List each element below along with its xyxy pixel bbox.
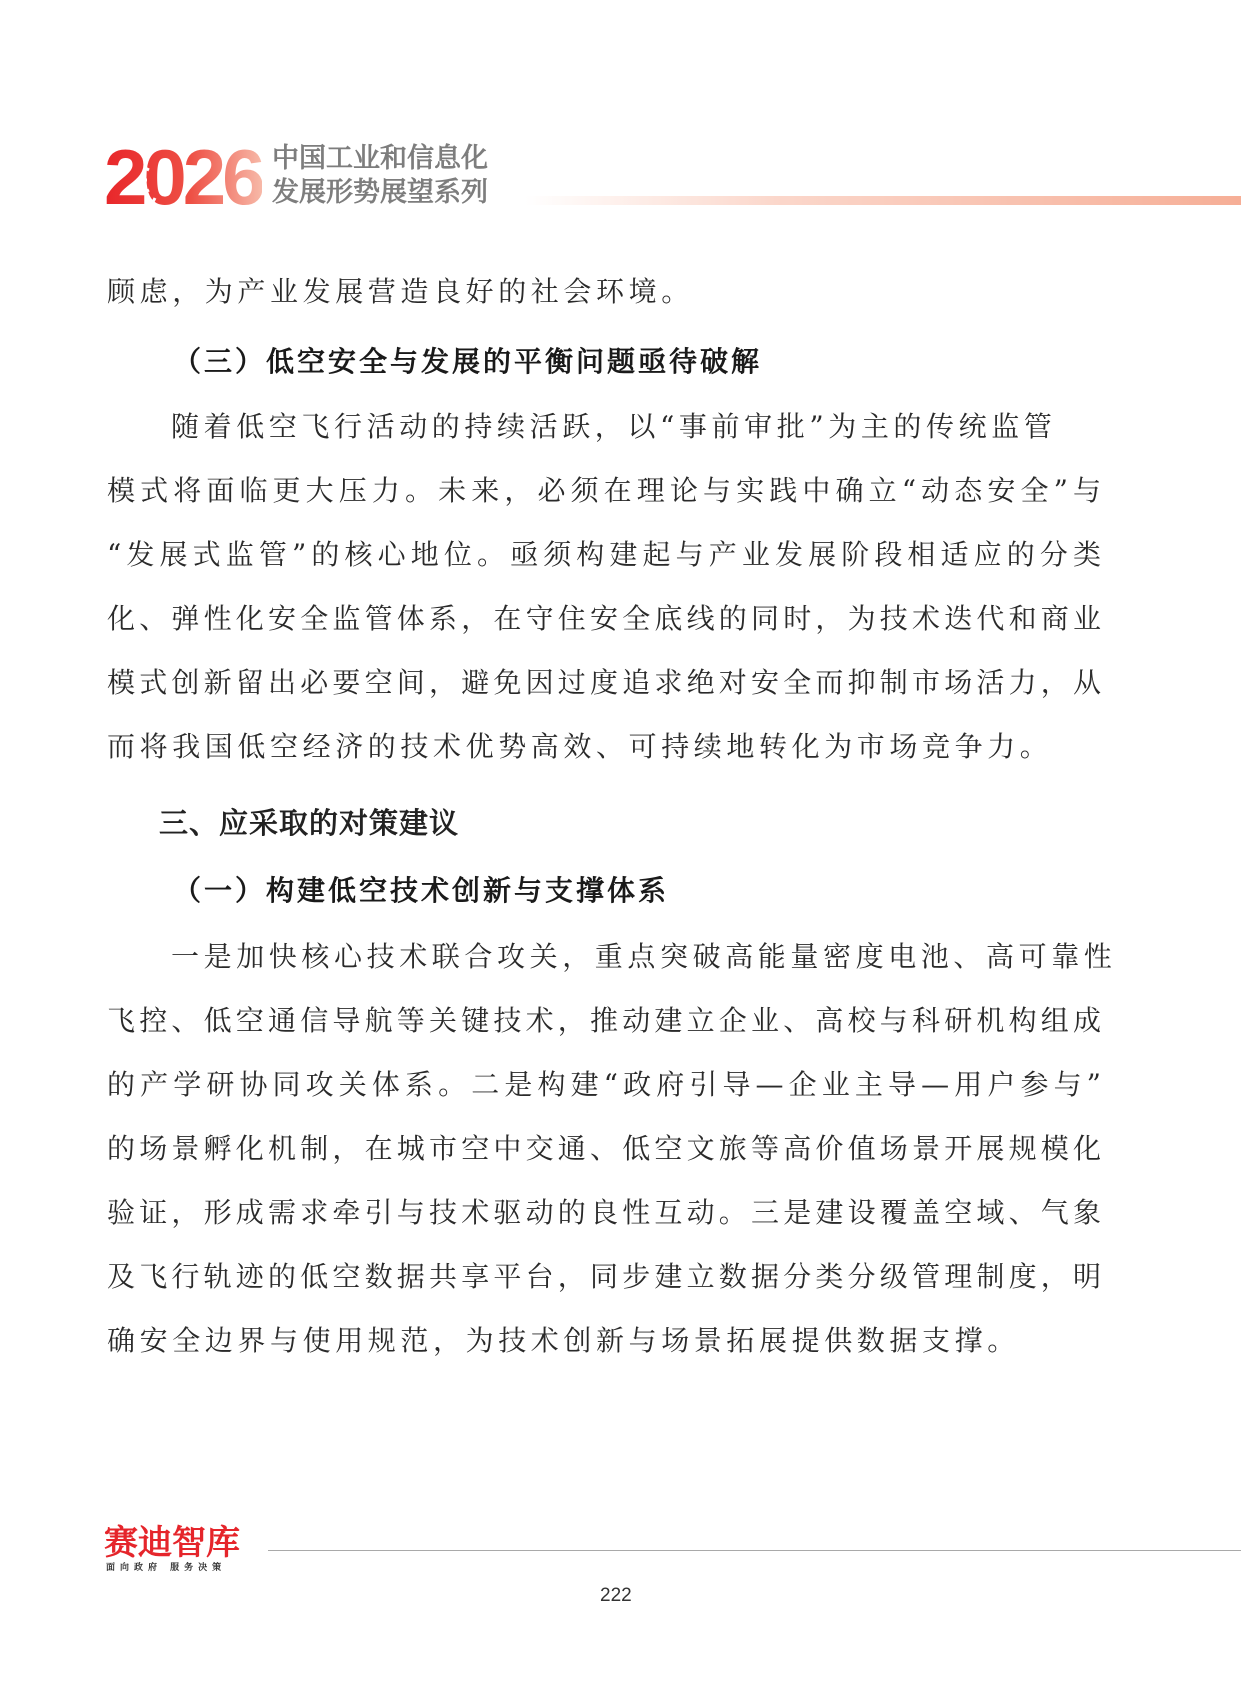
paragraph-line: 而将我国低空经济的技术优势高效、可持续地转化为市场竞争力。 bbox=[107, 730, 1052, 764]
paragraph-line: 验证，形成需求牵引与技术驱动的良性互动。三是建设覆盖空域、气象 bbox=[107, 1196, 1101, 1230]
paragraph-line: 及飞行轨迹的低空数据共享平台，同步建立数据分类分级管理制度，明 bbox=[107, 1260, 1101, 1294]
paragraph-line: 确安全边界与使用规范，为技术创新与场景拓展提供数据支撑。 bbox=[107, 1324, 1020, 1358]
page-header: 2026 中国工业和信息化 发展形势展望系列 bbox=[0, 0, 1241, 230]
section-heading-3: 三、应采取的对策建议 bbox=[159, 806, 459, 840]
paragraph-line: 的产学研协同攻关体系。二是构建“政府引导—企业主导—用户参与” bbox=[107, 1068, 1101, 1102]
subsection-heading-1: （一）构建低空技术创新与支撑体系 bbox=[173, 874, 669, 908]
header-gradient-bar bbox=[525, 196, 1241, 205]
paragraph-line: 的场景孵化机制，在城市空中交通、低空文旅等高价值场景开展规模化 bbox=[107, 1132, 1101, 1166]
paragraph-line: 随着低空飞行活动的持续活跃，以“事前审批”为主的传统监管 bbox=[171, 410, 1056, 444]
paragraph-line: 一是加快核心技术联合攻关，重点突破高能量密度电池、高可靠性 bbox=[171, 940, 1116, 974]
paragraph-line: 模式创新留出必要空间，避免因过度追求绝对安全而抑制市场活力，从 bbox=[107, 666, 1101, 700]
continuation-paragraph: 顾虑，为产业发展营造良好的社会环境。 bbox=[107, 275, 694, 309]
series-title: 中国工业和信息化 发展形势展望系列 bbox=[272, 142, 488, 210]
footer-divider bbox=[268, 1550, 1241, 1551]
footer-slogan: 面向政府 服务决策 bbox=[106, 1562, 226, 1574]
paragraph-line: 化、弹性化安全监管体系，在守住安全底线的同时，为技术迭代和商业 bbox=[107, 602, 1101, 636]
series-title-line2: 发展形势展望系列 bbox=[272, 176, 488, 210]
gear-icon bbox=[143, 150, 187, 208]
subsection-heading-3: （三）低空安全与发展的平衡问题亟待破解 bbox=[173, 345, 762, 379]
paragraph-line: “发展式监管”的核心地位。亟须构建起与产业发展阶段相适应的分类 bbox=[107, 538, 1101, 572]
footer-brand-logo: 赛迪智库 bbox=[104, 1524, 240, 1562]
series-title-line1: 中国工业和信息化 bbox=[272, 142, 488, 176]
page-number: 222 bbox=[600, 1585, 632, 1607]
paragraph-line: 模式将面临更大压力。未来，必须在理论与实践中确立“动态安全”与 bbox=[107, 474, 1101, 508]
paragraph-line: 飞控、低空通信导航等关键技术，推动建立企业、高校与科研机构组成 bbox=[107, 1004, 1101, 1038]
